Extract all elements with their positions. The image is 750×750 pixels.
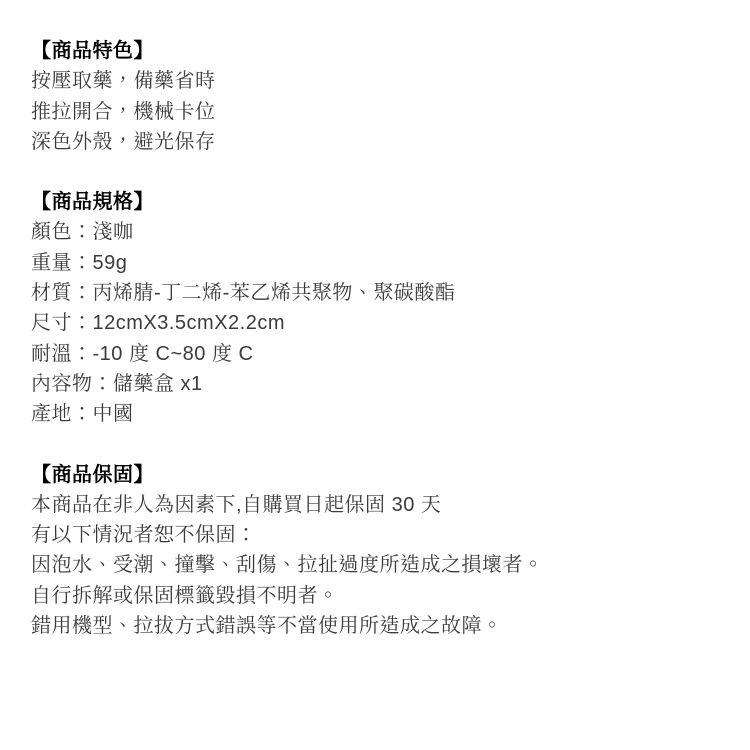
spec-line-contents: 內容物：儲藥盒 x1 xyxy=(31,369,720,399)
feature-line: 深色外殼，避光保存 xyxy=(31,127,720,157)
spec-line-weight: 重量：59g xyxy=(31,248,720,278)
section-product-warranty: 【商品保固】 本商品在非人為因素下,自購買日起保固 30 天 有以下情況者恕不保… xyxy=(31,460,720,642)
spec-line-origin: 產地：中國 xyxy=(31,399,720,429)
warranty-line: 因泡水、受潮、撞擊、刮傷、拉扯過度所造成之損壞者。 xyxy=(31,550,720,580)
warranty-line: 錯用機型、拉拔方式錯誤等不當使用所造成之故障。 xyxy=(31,611,720,641)
spec-line-size: 尺寸：12cmX3.5cmX2.2cm xyxy=(31,308,720,338)
section-title-features: 【商品特色】 xyxy=(31,36,720,66)
warranty-line: 本商品在非人為因素下,自購買日起保固 30 天 xyxy=(31,490,720,520)
section-title-specs: 【商品規格】 xyxy=(31,187,720,217)
feature-line: 推拉開合，機械卡位 xyxy=(31,97,720,127)
feature-line: 按壓取藥，備藥省時 xyxy=(31,66,720,96)
warranty-line: 自行拆解或保固標籤毀損不明者。 xyxy=(31,581,720,611)
warranty-line: 有以下情況者恕不保固： xyxy=(31,520,720,550)
section-title-warranty: 【商品保固】 xyxy=(31,460,720,490)
section-product-features: 【商品特色】 按壓取藥，備藥省時 推拉開合，機械卡位 深色外殼，避光保存 xyxy=(31,36,720,157)
spec-line-color: 顏色：淺咖 xyxy=(31,217,720,247)
section-product-specs: 【商品規格】 顏色：淺咖 重量：59g 材質：丙烯腈-丁二烯-苯乙烯共聚物、聚碳… xyxy=(31,187,720,429)
spec-line-temperature: 耐溫：-10 度 C~80 度 C xyxy=(31,339,720,369)
spec-line-material: 材質：丙烯腈-丁二烯-苯乙烯共聚物、聚碳酸酯 xyxy=(31,278,720,308)
product-description-page: 【商品特色】 按壓取藥，備藥省時 推拉開合，機械卡位 深色外殼，避光保存 【商品… xyxy=(0,0,750,750)
